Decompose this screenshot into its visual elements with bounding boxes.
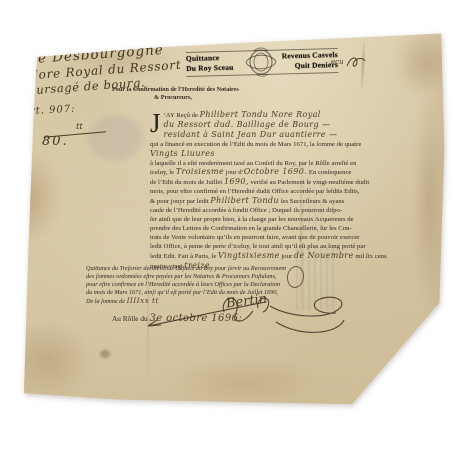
printed-text: Quittance du Treſorier des Revenus Caſue…: [86, 265, 286, 272]
handwritten-text: de Nouembre: [294, 251, 354, 260]
printed-text: iceluy, le: [150, 169, 176, 176]
printed-text: mois, pour eſtre confirmé en l’Heredité …: [150, 188, 360, 195]
body-text-line: residant à Saint Jean Dur auantierre —: [150, 131, 395, 141]
handwritten-text: residant à Saint Jean Dur auantierre —: [164, 130, 338, 139]
roll-label: Au Rôlle du: [112, 314, 150, 323]
body-text-line: & pour jouyr par ledit Philibert Tondu ſ…: [150, 197, 395, 207]
printed-text: jour d’: [224, 169, 244, 176]
paper-stain: [395, 28, 452, 98]
body-text-line: cauſe de l’Heredité accordée à ſondit Of…: [150, 207, 395, 216]
printed-text: De la ſomme de: [86, 298, 127, 305]
livre-symbol: tt: [76, 122, 83, 132]
handwritten-text: Vingts Liuures: [150, 149, 215, 158]
printed-text: verifié au Parlement le vingt-neufiéme d…: [249, 179, 369, 186]
body-text-line: de l’Edit du mois de Juillet 1690, verif…: [150, 178, 395, 188]
printed-text: de l’Edit du mois de Juillet: [150, 179, 224, 186]
dropcap-initial: J: [150, 111, 161, 137]
paper-stain: [170, 360, 320, 405]
amount-value: 80.: [42, 134, 69, 149]
scanned-document-view: Dé Desbourgogne Nore Royal du Ressort du…: [0, 0, 452, 452]
body-lines: ’AY Reçû de Philibert Tondu Nore Royaldu…: [150, 111, 395, 271]
subtitle-line: & Procureurs,: [154, 94, 262, 102]
handwritten-text: Vingtsixiesme: [218, 251, 280, 260]
printed-text: mil ſix cens: [354, 253, 387, 260]
handwritten-text: du Ressort dud. Bailliage de Bourg —: [164, 120, 331, 129]
paper-stain: [2, 320, 92, 400]
printed-text: ledit Office, à peine de perte d’iceluy,…: [150, 243, 366, 250]
printed-text: ſes Succeſſeurs & ayans: [279, 198, 344, 205]
paper-stain: [0, 150, 62, 245]
royal-cartouche-icon: [242, 47, 281, 78]
stamp-text: Du Roy Sceau: [186, 63, 234, 74]
margin-note-ecu: ecu: [331, 54, 367, 70]
body-text-line: Vingts Liuures: [150, 150, 395, 160]
roll-date-line: Au Rôlle du 3e octobre 1696:: [112, 308, 242, 326]
printed-text: & pour jouyr par ledit: [150, 198, 210, 205]
handwritten-text: Philibert Tondu: [210, 196, 279, 205]
document-subtitle: Pour la Confirmation de l’Heredité des N…: [112, 86, 262, 102]
handwritten-text: Philibert Tondu Nore Royal: [200, 110, 321, 119]
subtitle-line: Pour la Confirmation de l’Heredité des N…: [112, 86, 262, 94]
printed-text: trats de Vente volontaire qu’ils en pour…: [150, 234, 360, 241]
parchment-sheet: Dé Desbourgogne Nore Royal du Ressort du…: [0, 0, 452, 452]
printed-text: En conſequence: [307, 169, 351, 176]
body-text-line: prendre des Lettres de Confirmation en l…: [150, 225, 395, 234]
printed-text: ledit Edit. Fait à Paris, le: [150, 253, 218, 260]
printed-text: ſer ainſi que de leur propre bien, à la …: [150, 216, 354, 223]
paraph-flourish-icon: [345, 54, 367, 70]
printed-text: à laquelle il a eſté moderément taxé au …: [150, 160, 356, 167]
printed-text: ’AY Reçû de: [164, 112, 200, 119]
body-text-line: ſer ainſi que de leur propre bien, à la …: [150, 216, 395, 225]
handwritten-text: Troisiesme: [176, 167, 224, 176]
handwritten-text: 1690,: [224, 177, 249, 186]
paper-stain: [413, 90, 445, 310]
paper-stain: [100, 350, 110, 358]
amount-note: tt 80.: [36, 122, 108, 154]
receipt-body-text: J ’AY Reçû de Philibert Tondu Nore Royal…: [150, 111, 395, 271]
printed-text: cauſe de l’Heredité accordée à ſondit Of…: [150, 207, 342, 214]
printed-text: jour: [280, 253, 294, 260]
body-text-line: trats de Vente volontaire qu’ils en pour…: [150, 234, 395, 243]
roll-date: 3e octobre 1696:: [150, 313, 243, 324]
printed-text: qui a financé en execution de l’Edit du …: [150, 141, 361, 148]
parchment-wrapper: Dé Desbourgogne Nore Royal du Ressort du…: [0, 0, 452, 452]
body-text-line: iceluy, le Troisiesme jour d’Octobre 169…: [150, 168, 395, 178]
article-number-note: art. 907:: [23, 104, 76, 118]
handwritten-text: Octobre 1690.: [244, 167, 307, 176]
printed-header-stamp: Quittance Revenus Casvels Du Roy Sceau Q…: [186, 48, 339, 77]
ecu-text: ecu: [331, 58, 344, 66]
printed-text: prendre des Lettres de Confirmation en l…: [150, 225, 352, 232]
